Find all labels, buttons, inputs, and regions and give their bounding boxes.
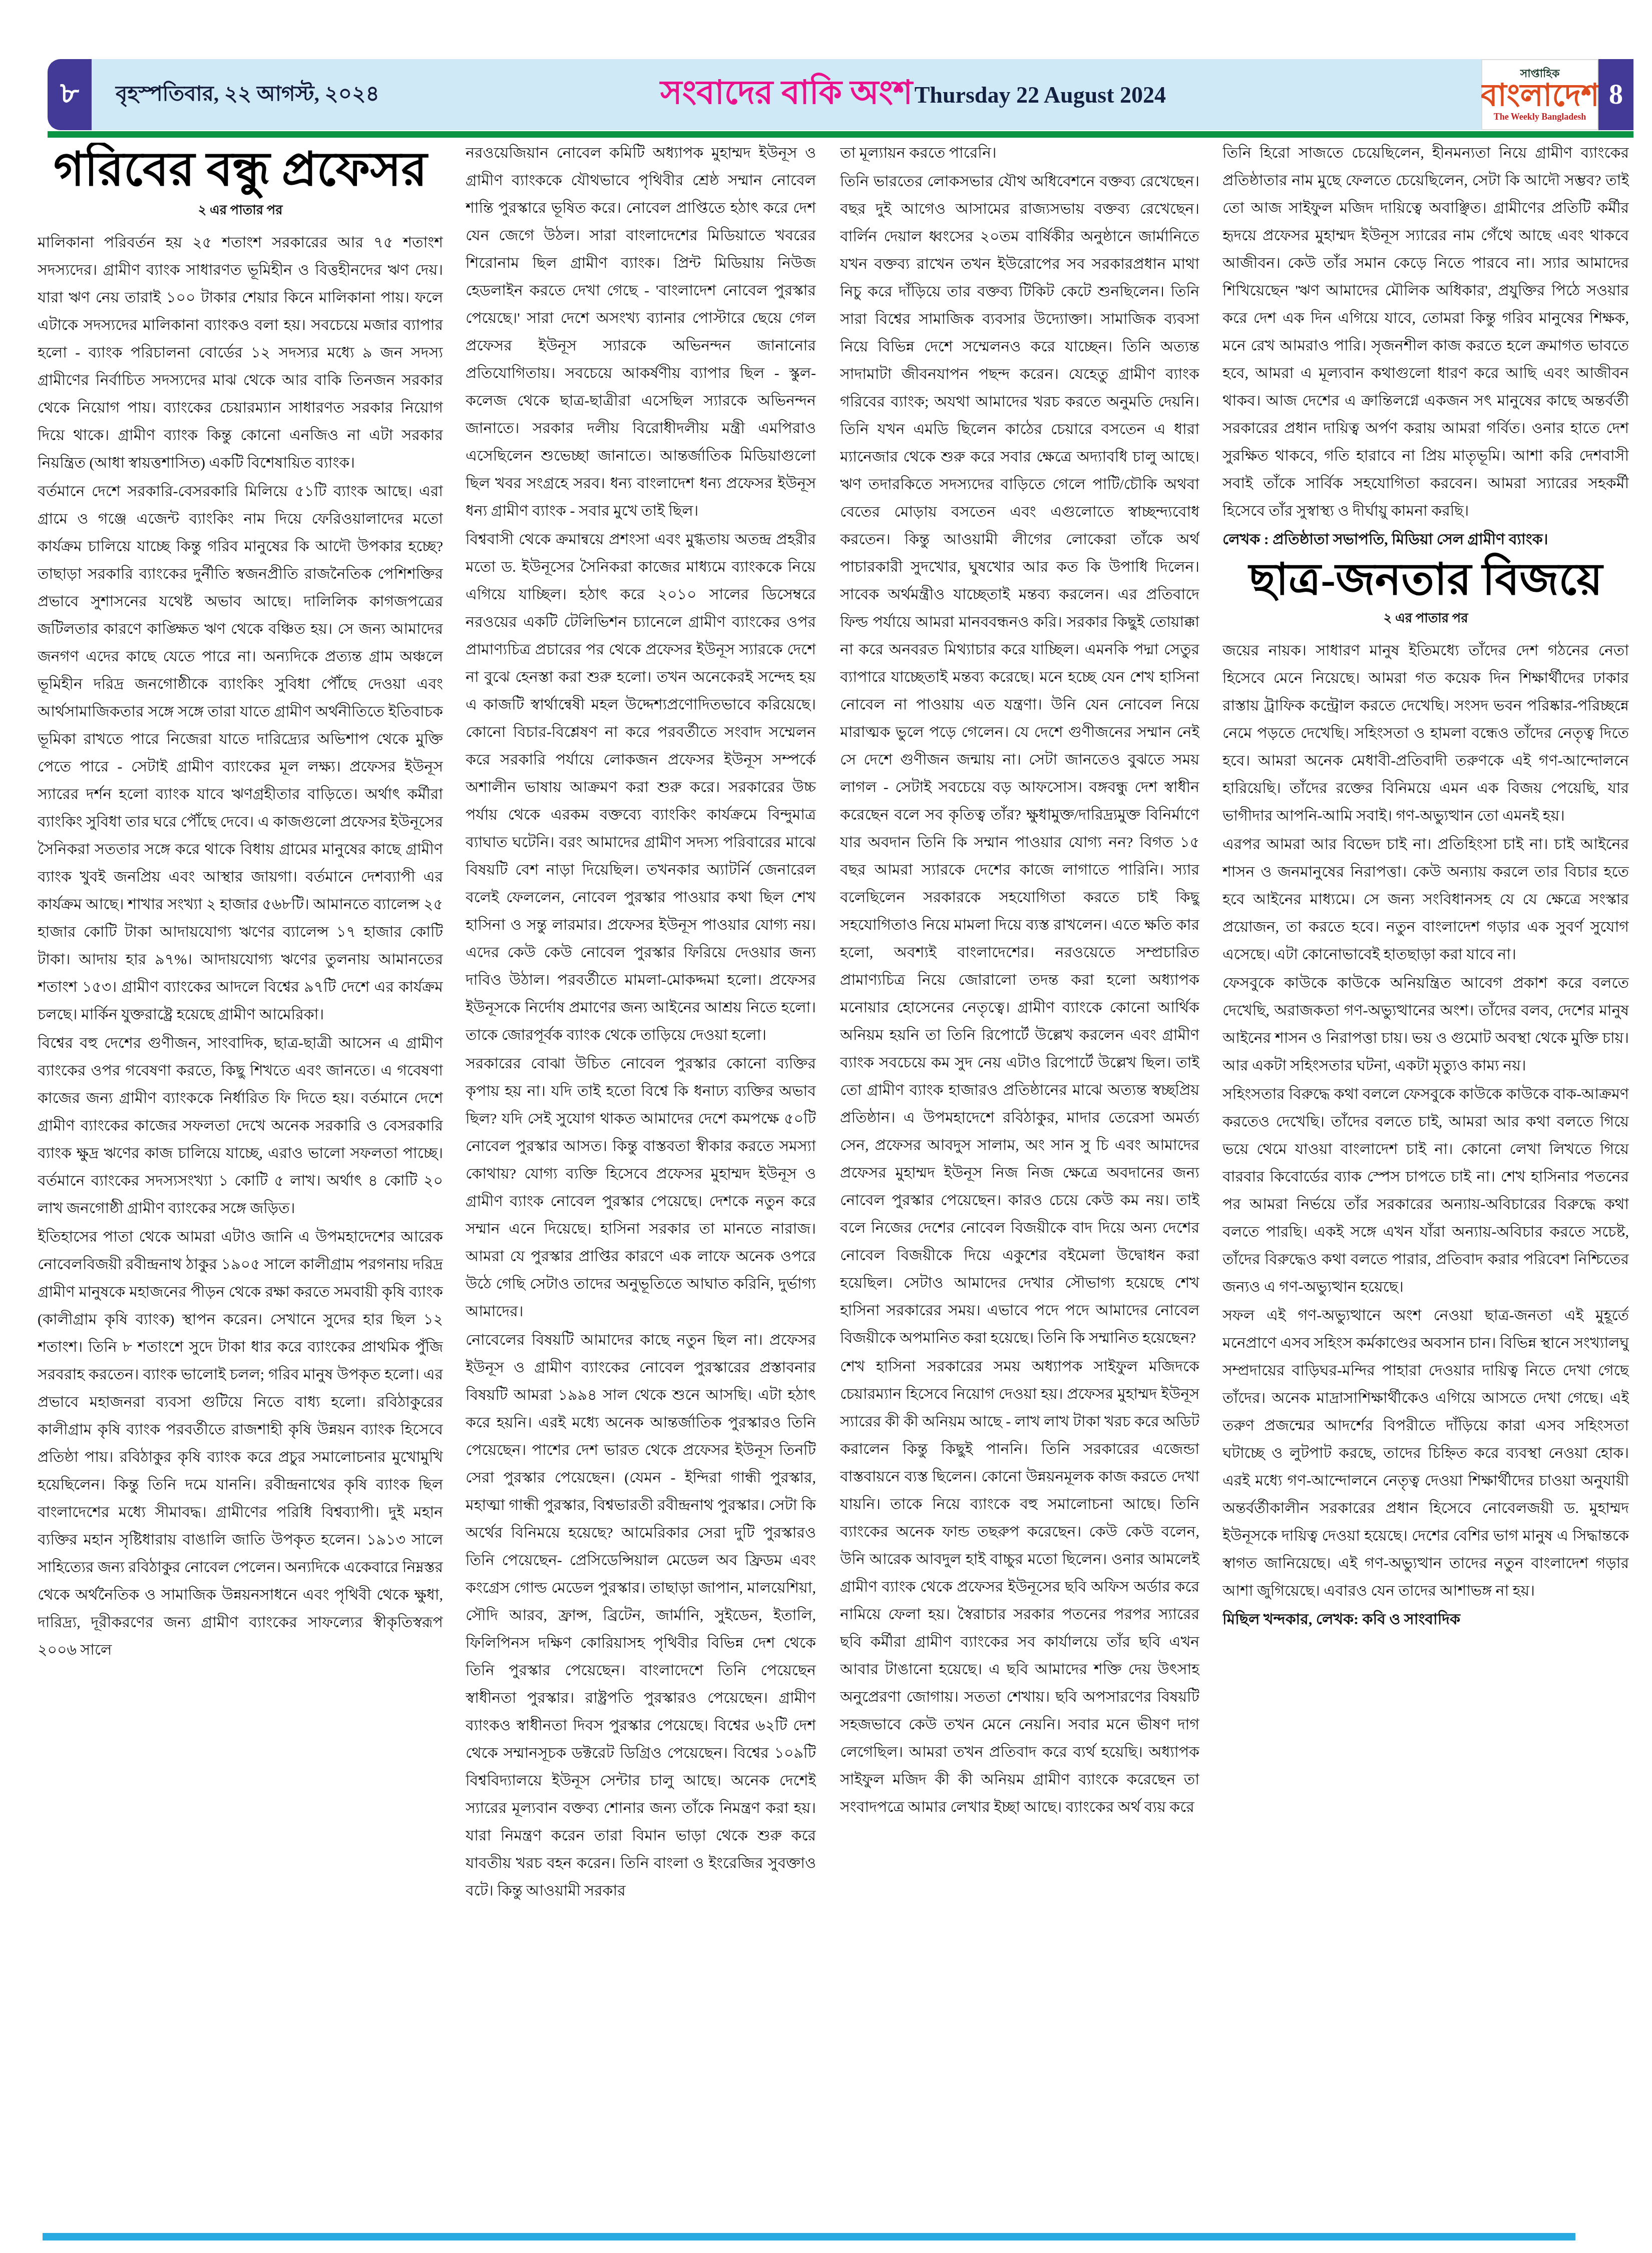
paragraph: নোবেলের বিষয়টি আমাদের কাছে নতুন ছিল না।…	[466, 1326, 816, 1905]
article1-col4-body: তিনি হিরো সাজতে চেয়েছিলেন, হীনমন্যতা নি…	[1222, 139, 1629, 525]
page-number-bengali: ৮	[60, 71, 79, 119]
paragraph: সহিংসতার বিরুদ্ধে কথা বললে ফেসবুকে কাউকে…	[1222, 1080, 1629, 1301]
paragraph: ফেসবুকে কাউকে কাউকে অনিয়ন্ত্রিত আবেগ প্…	[1222, 969, 1629, 1079]
header-strip: বৃহস্পতিবার, ২২ আগস্ট, ২০২৪ সংবাদের বাকি…	[92, 59, 1481, 130]
paragraph: জয়ের নায়ক। সাধারণ মানুষ ইতিমধ্যে তাঁদে…	[1222, 637, 1629, 830]
paragraph: বর্তমানে দেশে সরকারি-বেসরকারি মিলিয়ে ৫১…	[38, 478, 443, 1028]
paragraph: সফল এই গণ-অভ্যুত্থানে অংশ নেওয়া ছাত্র-জ…	[1222, 1302, 1629, 1605]
article2-headline: ছাত্র-জনতার বিজয়ে	[1222, 556, 1629, 605]
article2-continued-note: ২ এর পাতার পর	[1222, 608, 1629, 630]
column-2: নরওয়েজিয়ান নোবেল কমিটি অধ্যাপক মুহাম্ম…	[466, 139, 816, 2224]
article1-col3-body: তা মূল্যায়ন করতে পারেনি।তিনি ভারতের লোক…	[840, 139, 1199, 1821]
article1-col2-body: নরওয়েজিয়ান নোবেল কমিটি অধ্যাপক মুহাম্ম…	[466, 139, 816, 1905]
article1-continued-note: ২ এর পাতার পর	[38, 200, 443, 222]
header-green-rule	[48, 131, 1633, 138]
paragraph: শেখ হাসিনা সরকারের সময় অধ্যাপক সাইফুল ম…	[840, 1353, 1199, 1821]
column-3: তা মূল্যায়ন করতে পারেনি।তিনি ভারতের লোক…	[840, 139, 1199, 2224]
paragraph: মালিকানা পরিবর্তন হয় ২৫ শতাংশ সরকারের আ…	[38, 229, 443, 477]
column-4: তিনি হিরো সাজতে চেয়েছিলেন, হীনমন্যতা নি…	[1222, 139, 1629, 2224]
article1-byline: লেখক : প্রতিষ্ঠাতা সভাপতি, মিডিয়া সেল গ…	[1222, 526, 1629, 553]
paragraph: এরপর আমরা আর বিভেদ চাই না। প্রতিহিংসা চা…	[1222, 831, 1629, 968]
newspaper-logo: সাপ্তাহিক বাংলাদেশ The Weekly Bangladesh	[1481, 59, 1598, 130]
date-bengali: বৃহস্পতিবার, ২২ আগস্ট, ২০২৪	[116, 77, 379, 113]
paragraph: তা মূল্যায়ন করতে পারেনি।	[840, 139, 1199, 167]
column-1: গরিবের বন্ধু প্রফেসর ২ এর পাতার পর মালিক…	[38, 143, 443, 2228]
page-number-box-right: 8	[1598, 59, 1633, 130]
paragraph: ইতিহাসের পাতা থেকে আমরা এটাও জানি এ উপমহ…	[38, 1223, 443, 1664]
article2-body: জয়ের নায়ক। সাধারণ মানুষ ইতিমধ্যে তাঁদে…	[1222, 637, 1629, 1605]
page-number-tab-left: ৮	[48, 59, 92, 130]
paragraph: নরওয়েজিয়ান নোবেল কমিটি অধ্যাপক মুহাম্ম…	[466, 139, 816, 525]
paragraph: তিনি হিরো সাজতে চেয়েছিলেন, হীনমন্যতা নি…	[1222, 139, 1629, 525]
logo-subtitle: The Weekly Bangladesh	[1494, 112, 1586, 121]
paragraph: তিনি ভারতের লোকসভার যৌথ অধিবেশনে বক্তব্য…	[840, 168, 1199, 1352]
logo-tagline: সাপ্তাহিক	[1520, 68, 1560, 79]
paragraph: সরকারের বোঝা উচিত নোবেল পুরস্কার কোনো ব্…	[466, 1050, 816, 1325]
date-english: Thursday 22 August 2024	[915, 82, 1166, 108]
section-title: সংবাদের বাকি অংশ	[660, 67, 913, 122]
article2-byline: মিছিল খন্দকার, লেখক: কবি ও সাংবাদিক	[1222, 1606, 1629, 1633]
article1-col1-body: মালিকানা পরিবর্তন হয় ২৫ শতাংশ সরকারের আ…	[38, 229, 443, 1664]
logo-title: বাংলাদেশ	[1480, 80, 1599, 111]
page-number-english: 8	[1609, 79, 1623, 111]
paragraph: বিশ্বের বহু দেশের গুণীজন, সাংবাদিক, ছাত্…	[38, 1029, 443, 1222]
paragraph: বিশ্ববাসী থেকে ক্রমান্বয়ে প্রশংসা এবং ম…	[466, 526, 816, 1049]
newspaper-page: ৮ বৃহস্পতিবার, ২২ আগস্ট, ২০২৪ সংবাদের বা…	[0, 0, 1652, 2253]
page-header: ৮ বৃহস্পতিবার, ২২ আগস্ট, ২০২৪ সংবাদের বা…	[48, 59, 1633, 130]
bottom-cyan-rule	[43, 2233, 1575, 2240]
article1-headline: গরিবের বন্ধু প্রফেসর	[38, 143, 443, 197]
